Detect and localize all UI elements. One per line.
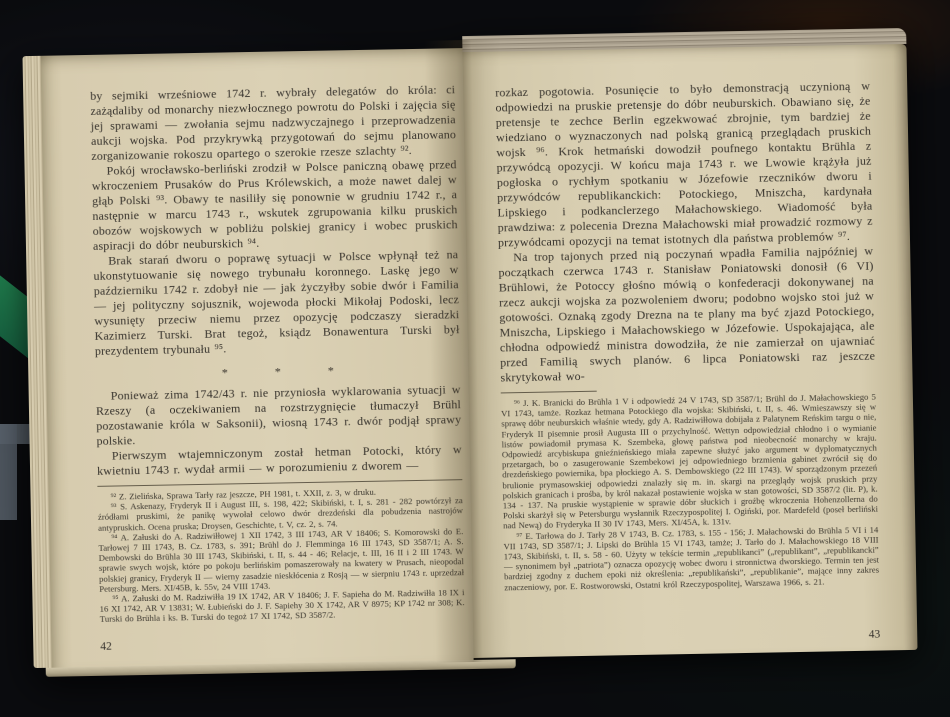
photo-background: by sejmiki wrześniowe 1742 r. wybrały de…: [0, 0, 950, 717]
right-page-footnotes: ⁹⁶ J. K. Branicki do Brühla 1 V i odpowi…: [501, 392, 879, 593]
footnote-rule: [501, 391, 597, 394]
left-page-body-text: by sejmiki wrześniowe 1742 r. wybrały de…: [90, 82, 462, 479]
right-page: rozkaz pogotowia. Posunięcie to było dem…: [462, 44, 917, 658]
paragraph: Brak starań dworu o poprawę sytuacji w P…: [93, 247, 460, 359]
footnote: ⁹⁶ J. K. Branicki do Brühla 1 V i odpowi…: [501, 392, 878, 531]
section-break-asterisks: * * *: [95, 361, 460, 382]
paragraph: Ponieważ zima 1742/43 r. nie przyniosła …: [96, 382, 462, 449]
paragraph: Pokój wrocławsko-berliński zrodził w Pol…: [91, 157, 458, 254]
paragraph: rozkaz pogotowia. Posunięcie to było dem…: [495, 79, 873, 251]
paragraph: Pierwszym wtajemniczonym został hetman P…: [97, 442, 462, 479]
footnote: ⁹⁵ A. Załuski do M. Radziwiłła 19 IX 174…: [99, 587, 464, 624]
paragraph: by sejmiki wrześniowe 1742 r. wybrały de…: [90, 82, 456, 164]
page-number: 43: [869, 629, 881, 641]
footnote: ⁹⁷ E. Tarłowa do J. Tarły 28 V 1743, B. …: [503, 524, 879, 592]
left-page: by sejmiki wrześniowe 1742 r. wybrały de…: [40, 48, 473, 668]
footnote: ⁹⁴ A. Załuski do A. Radziwiłłowej 1 XII …: [98, 526, 464, 594]
spine-letter-shape-stem: [0, 424, 17, 520]
left-page-footnotes: ⁹² Z. Zielińska, Sprawa Tarły raz jeszcz…: [97, 485, 464, 624]
page-number: 42: [100, 641, 112, 653]
open-book: by sejmiki wrześniowe 1742 r. wybrały de…: [22, 28, 917, 678]
right-page-body-text: rozkaz pogotowia. Posunięcie to było dem…: [495, 79, 875, 386]
right-page-block: rozkaz pogotowia. Posunięcie to było dem…: [462, 28, 917, 658]
left-page-block: by sejmiki wrześniowe 1742 r. wybrały de…: [22, 48, 473, 668]
paragraph: Na trop tajonych przed nią poczynań wpad…: [498, 244, 875, 386]
